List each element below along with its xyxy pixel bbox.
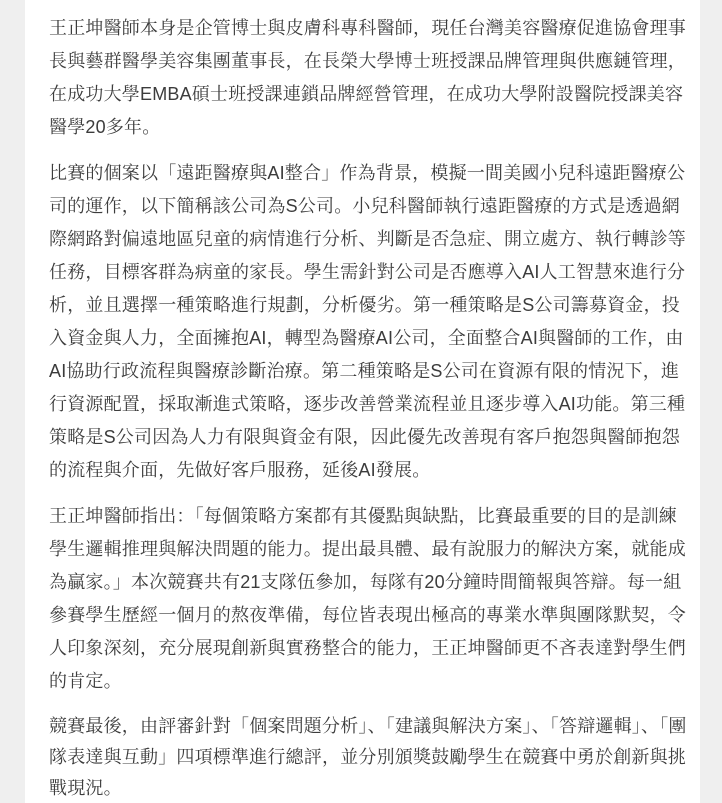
paragraph: 王正坤醫師本身是企管博士與皮膚科專科醫師，現任台灣美容醫療促進協會理事長與藝群醫…: [49, 12, 691, 144]
article-card: 王正坤醫師本身是企管博士與皮膚科專科醫師，現任台灣美容醫療促進協會理事長與藝群醫…: [25, 0, 700, 803]
article-body: 王正坤醫師本身是企管博士與皮膚科專科醫師，現任台灣美容醫療促進協會理事長與藝群醫…: [25, 0, 700, 803]
paragraph: 王正坤醫師指出：「每個策略方案都有其優點與缺點，比賽最重要的目的是訓練學生邏輯推…: [49, 500, 691, 698]
page-background: 王正坤醫師本身是企管博士與皮膚科專科醫師，現任台灣美容醫療促進協會理事長與藝群醫…: [0, 0, 722, 803]
paragraph: 競賽最後，由評審針對「個案問題分析」、「建議與解決方案」、「答辯邏輯」、「團隊表…: [49, 711, 691, 803]
paragraph: 比賽的個案以「遠距醫療與AI整合」作為背景，模擬一間美國小兒科遠距醫療公司的運作…: [49, 157, 691, 487]
